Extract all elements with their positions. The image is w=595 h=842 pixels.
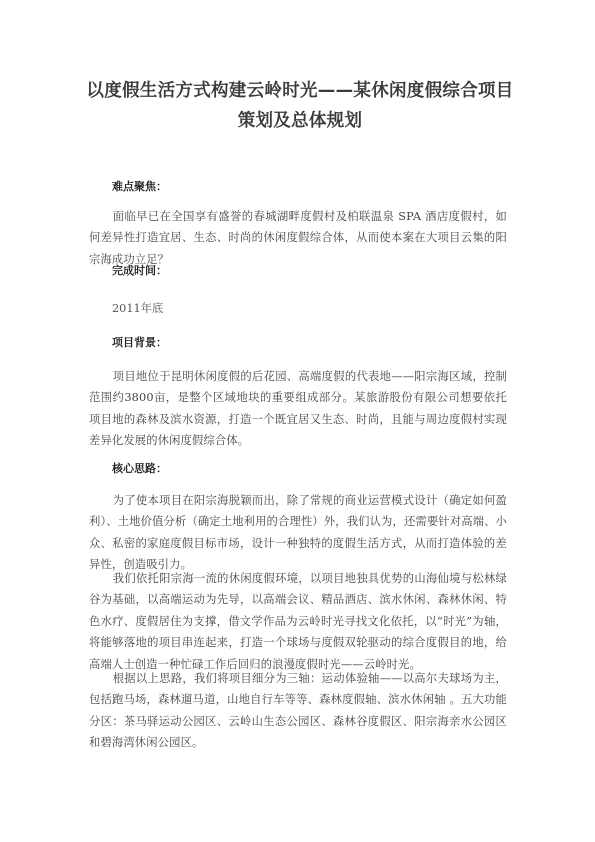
document-page: 以度假生活方式构建云岭时光——某休闲度假综合项目策划及总体规划 难点聚焦： 面临… — [0, 0, 595, 842]
paragraph-core-idea-3: 根据以上思路，我们将项目细分为三轴：运动体验轴——以高尔夫球场为主，包括跑马场，… — [89, 668, 507, 754]
section-heading-completion-time: 完成时间： — [112, 264, 167, 278]
section-heading-core-idea: 核心思路： — [112, 462, 167, 476]
paragraph-challenge: 面临早已在全国享有盛誉的春城湖畔度假村及柏联温泉 SPA 酒店度假村，如何差异性… — [89, 206, 507, 270]
paragraph-core-idea-2: 我们依托阳宗海一流的休闲度假环境，以项目地独具优势的山海仙境与松林绿谷为基础，以… — [89, 568, 507, 675]
completion-time-value: 2011年底 — [112, 302, 163, 316]
paragraph-core-idea-1: 为了使本项目在阳宗海脱颖而出，除了常规的商业运营模式设计（确定如何盈利）、土地价… — [89, 490, 507, 576]
section-heading-challenge: 难点聚焦： — [112, 180, 167, 194]
paragraph-background: 项目地位于昆明休闲度假的后花园、高端度假的代表地——阳宗海区域，控制范围约380… — [89, 366, 507, 452]
section-heading-background: 项目背景： — [112, 336, 167, 350]
document-title: 以度假生活方式构建云岭时光——某休闲度假综合项目策划及总体规划 — [80, 76, 520, 136]
